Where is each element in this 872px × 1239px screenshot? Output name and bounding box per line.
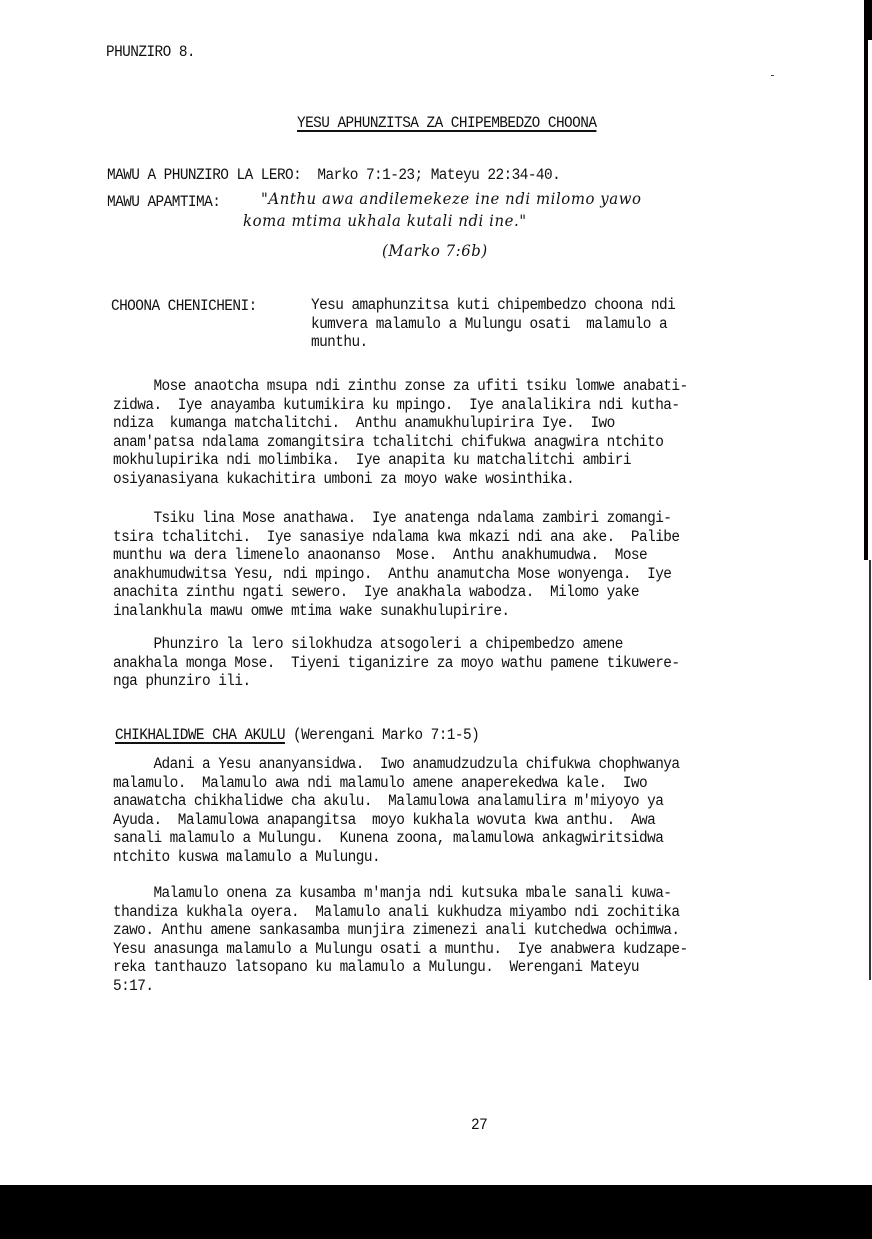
- text-line: anakhala monga Mose. Tiyeni tiganizire z…: [113, 654, 783, 673]
- text-line: reka tanthauzo latsopano ku malamulo a M…: [113, 958, 783, 977]
- text-line: ndiza kumanga matchalitchi. Anthu anamuk…: [113, 414, 783, 433]
- text-line: malamulo. Malamulo awa ndi malamulo amen…: [113, 774, 783, 793]
- text-line: Tsiku lina Mose anathawa. Iye anatenga n…: [113, 509, 783, 528]
- central-truth-line: munthu.: [311, 333, 872, 352]
- section-heading-reference: (Werengani Marko 7:1-5): [285, 726, 479, 744]
- text-line: anakhumudwitsa Yesu, ndi mpingo. Anthu a…: [113, 565, 783, 584]
- text-line: anam'patsa ndalama zomangitsira tchalitc…: [113, 433, 783, 452]
- text-line: Adani a Yesu ananyansidwa. Iwo anamudzud…: [113, 755, 783, 774]
- text-line: ntchito kuswa malamulo a Mulungu.: [113, 848, 783, 867]
- reading-label: MAWU A PHUNZIRO LA LERO:: [107, 166, 301, 184]
- reading-line: MAWU A PHUNZIRO LA LERO: Marko 7:1-23; M…: [107, 166, 560, 184]
- central-truth-line: kumvera malamulo a Mulungu osati malamul…: [311, 315, 872, 334]
- text-line: 5:17.: [113, 977, 783, 996]
- text-line: osiyanasiyana kukachitira umboni za moyo…: [113, 470, 783, 489]
- text-line: Mose anaotcha msupa ndi zinthu zonse za …: [113, 377, 783, 396]
- text-line: Malamulo onena za kusamba m'manja ndi ku…: [113, 884, 783, 903]
- text-line: mokhulupirika ndi molimbika. Iye anapita…: [113, 451, 783, 470]
- central-truth-text: Yesu amaphunzitsa kuti chipembedzo choon…: [311, 296, 872, 352]
- scan-border-right-lower: [869, 560, 871, 980]
- scan-border-right: [864, 0, 868, 560]
- central-truth-line: Yesu amaphunzitsa kuti chipembedzo choon…: [311, 296, 872, 315]
- reading-refs: Marko 7:1-23; Mateyu 22:34-40.: [317, 166, 560, 184]
- memory-label: MAWU APAMTIMA:: [107, 193, 220, 211]
- text-line: tsira tchalitchi. Iye sanasiye ndalama k…: [113, 528, 783, 547]
- text-line: thandiza kukhala oyera. Malamulo anali k…: [113, 903, 783, 922]
- intro-paragraph-3: Phunziro la lero silokhudza atsogoleri a…: [113, 635, 833, 691]
- text-line: sanali malamulo a Mulungu. Kunena zoona,…: [113, 829, 783, 848]
- section-paragraph-2: Malamulo onena za kusamba m'manja ndi ku…: [113, 884, 833, 996]
- scan-border-right-top: [868, 0, 872, 40]
- section-paragraph-1: Adani a Yesu ananyansidwa. Iwo anamudzud…: [113, 755, 833, 867]
- intro-paragraph-2: Tsiku lina Mose anathawa. Iye anatenga n…: [113, 509, 833, 621]
- page-number: 27: [471, 1116, 487, 1134]
- text-line: munthu wa dera limenelo anaonanso Mose. …: [113, 546, 783, 565]
- section-heading-line: CHIKHALIDWE CHA AKULU (Werengani Marko 7…: [115, 726, 479, 744]
- memory-verse-line-1: "Anthu awa andilemekeze ine ndi milomo y…: [261, 190, 642, 208]
- scan-speck: [771, 75, 774, 76]
- text-line: Ayuda. Malamulowa anapangitsa moyo kukha…: [113, 811, 783, 830]
- text-line: anawatcha chikhalidwe cha akulu. Malamul…: [113, 792, 783, 811]
- text-line: inalankhula mawu omwe mtima wake sunakhu…: [113, 602, 783, 621]
- lesson-number: PHUNZIRO 8.: [106, 43, 195, 61]
- text-line: anachita zinthu ngati sewero. Iye anakha…: [113, 583, 783, 602]
- text-line: Phunziro la lero silokhudza atsogoleri a…: [113, 635, 783, 654]
- text-line: Yesu anasunga malamulo a Mulungu osati a…: [113, 940, 783, 959]
- section-heading: CHIKHALIDWE CHA AKULU: [115, 726, 285, 744]
- scan-border-bottom: [0, 1185, 872, 1239]
- text-line: nga phunziro ili.: [113, 672, 783, 691]
- intro-paragraph-1: Mose anaotcha msupa ndi zinthu zonse za …: [113, 377, 833, 489]
- memory-verse-line-2: koma mtima ukhala kutali ndi ine.": [243, 212, 527, 230]
- text-line: zidwa. Iye anayamba kutumikira ku mpingo…: [113, 396, 783, 415]
- central-truth-label: CHOONA CHENICHENI:: [111, 297, 257, 315]
- text-line: zawo. Anthu amene sankasamba munjira zim…: [113, 921, 783, 940]
- lesson-title: YESU APHUNZITSA ZA CHIPEMBEDZO CHOONA: [297, 114, 596, 132]
- memory-verse-reference: (Marko 7:6b): [382, 242, 488, 260]
